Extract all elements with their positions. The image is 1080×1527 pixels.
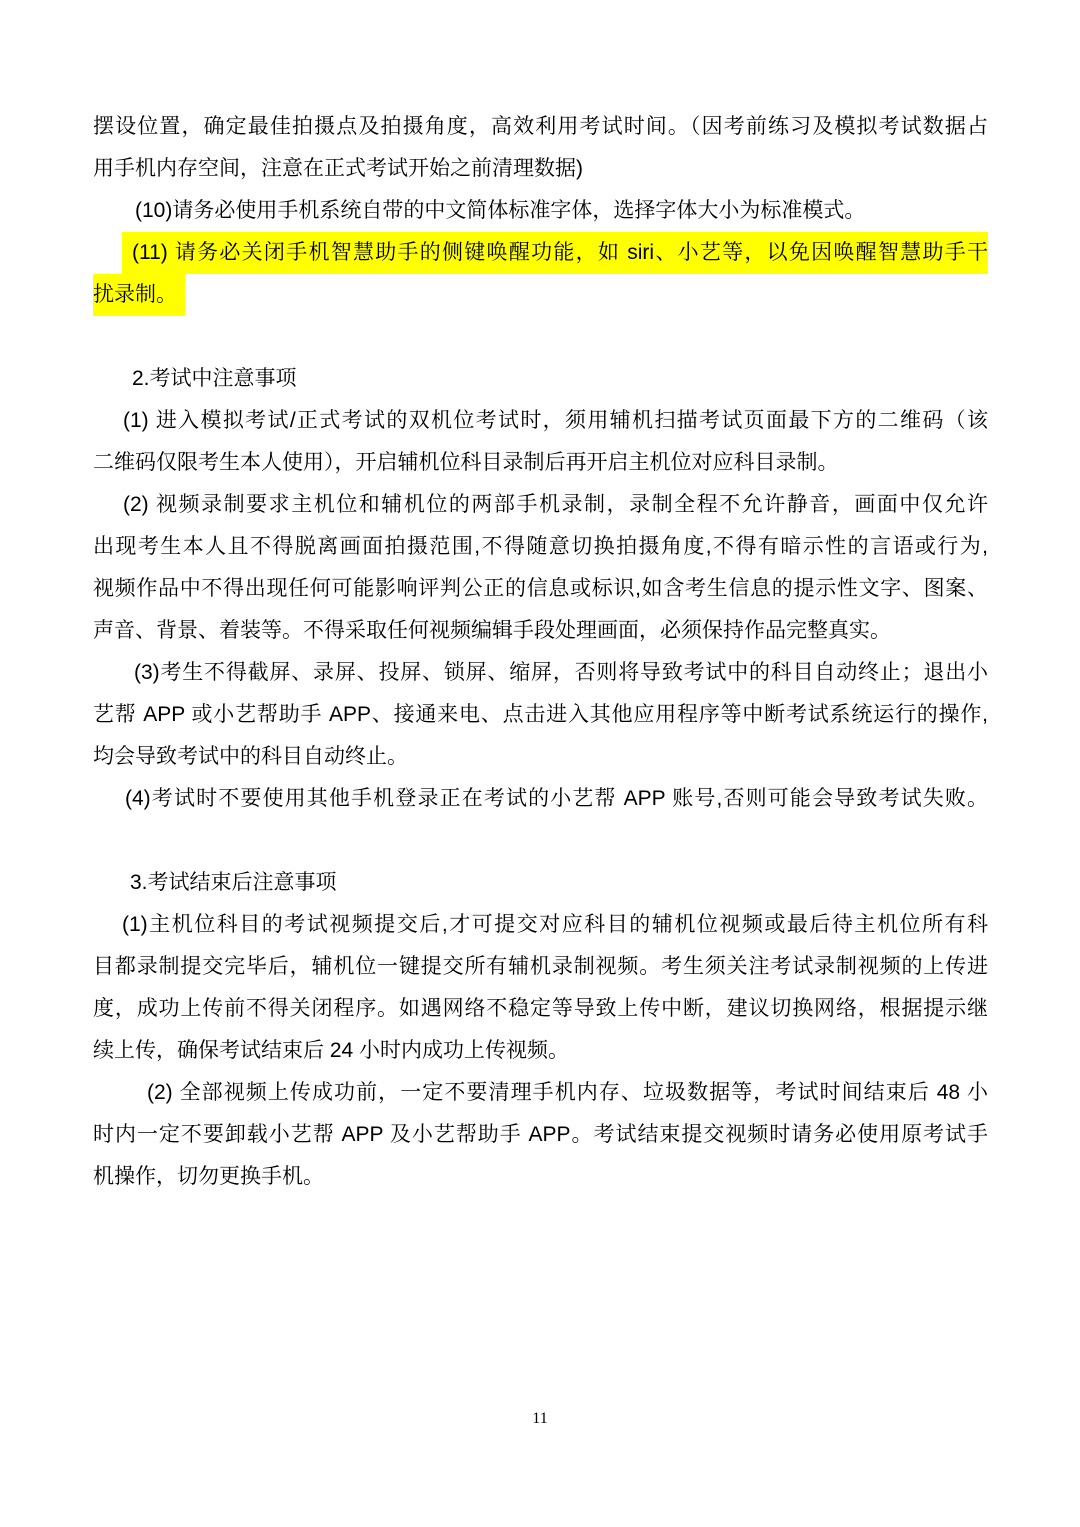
para-camera-setup-continuation: 摆设位置，确定最佳拍摄点及拍摄角度，高效利用考试时间。（因考前练习及模拟考试数据…	[93, 106, 988, 190]
blank-line	[93, 820, 988, 862]
para-during-3: (3)考生不得截屏、录屏、投屏、锁屏、缩屏，否则将导致考试中的科目自动终止；退出…	[93, 652, 988, 778]
text-line: 摆设位置，确定最佳拍摄点及拍摄角度，高效利用考试时间。（因考前练习及模拟考试数据…	[93, 106, 988, 148]
para-item-10: (10)请务必使用手机系统自带的中文简体标准字体，选择字体大小为标准模式。	[93, 190, 988, 232]
highlighted-text: 扰录制。	[93, 274, 185, 316]
para-during-4: (4)考试时不要使用其他手机登录正在考试的小艺帮 APP 账号,否则可能会导致考…	[93, 778, 988, 820]
text-line: 声音、背景、着装等。不得采取任何视频编辑手段处理画面，必须保持作品完整真实。	[93, 610, 988, 652]
text-line: 度，成功上传前不得关闭程序。如遇网络不稳定等导致上传中断，建议切换网络，根据提示…	[93, 988, 988, 1030]
text-line: 目都录制提交完毕后，辅机位一键提交所有辅机录制视频。考生须关注考试录制视频的上传…	[93, 946, 988, 988]
heading-after-exam-notes: 3.考试结束后注意事项	[93, 862, 988, 904]
text-line: 出现考生本人且不得脱离画面拍摄范围,不得随意切换拍摄角度,不得有暗示性的言语或行…	[93, 526, 988, 568]
text-line: 续上传，确保考试结束后 24 小时内成功上传视频。	[93, 1030, 988, 1072]
heading-line: 2.考试中注意事项	[93, 358, 988, 400]
text-line: 二维码仅限考生本人使用），开启辅机位科目录制后再开启主机位对应科目录制。	[93, 442, 988, 484]
text-line: (1) 进入模拟考试/正式考试的双机位考试时，须用辅机扫描考试页面最下方的二维码…	[93, 400, 988, 442]
text-line: (10)请务必使用手机系统自带的中文简体标准字体，选择字体大小为标准模式。	[93, 190, 988, 232]
para-during-2: (2) 视频录制要求主机位和辅机位的两部手机录制，录制全程不允许静音，画面中仅允…	[93, 484, 988, 652]
heading-line: 3.考试结束后注意事项	[93, 862, 988, 904]
text-line: 扰录制。	[93, 274, 988, 316]
document-body: 摆设位置，确定最佳拍摄点及拍摄角度，高效利用考试时间。（因考前练习及模拟考试数据…	[93, 106, 988, 1198]
text-line: 用手机内存空间，注意在正式考试开始之前清理数据)	[93, 148, 988, 190]
para-during-1: (1) 进入模拟考试/正式考试的双机位考试时，须用辅机扫描考试页面最下方的二维码…	[93, 400, 988, 484]
para-item-11-highlighted: (11) 请务必关闭手机智慧助手的侧键唤醒功能，如 siri、小艺等，以免因唤醒…	[93, 232, 988, 316]
text-line: 均会导致考试中的科目自动终止。	[93, 736, 988, 778]
text-line: 视频作品中不得出现任何可能影响评判公正的信息或标识,如含考生信息的提示性文字、图…	[93, 568, 988, 610]
page-number: 11	[0, 1410, 1080, 1428]
text-line: (11) 请务必关闭手机智慧助手的侧键唤醒功能，如 siri、小艺等，以免因唤醒…	[122, 232, 988, 274]
document-page: 摆设位置，确定最佳拍摄点及拍摄角度，高效利用考试时间。（因考前练习及模拟考试数据…	[0, 0, 1080, 1527]
heading-during-exam-notes: 2.考试中注意事项	[93, 358, 988, 400]
text-line: (3)考生不得截屏、录屏、投屏、锁屏、缩屏，否则将导致考试中的科目自动终止；退出…	[93, 652, 988, 694]
para-after-1: (1)主机位科目的考试视频提交后,才可提交对应科目的辅机位视频或最后待主机位所有…	[93, 904, 988, 1072]
text-line: (2) 全部视频上传成功前，一定不要清理手机内存、垃圾数据等，考试时间结束后 4…	[93, 1072, 988, 1114]
text-line: (2) 视频录制要求主机位和辅机位的两部手机录制，录制全程不允许静音，画面中仅允…	[93, 484, 988, 526]
text-line: 艺帮 APP 或小艺帮助手 APP、接通来电、点击进入其他应用程序等中断考试系统…	[93, 694, 988, 736]
text-line: (1)主机位科目的考试视频提交后,才可提交对应科目的辅机位视频或最后待主机位所有…	[93, 904, 988, 946]
para-after-2: (2) 全部视频上传成功前，一定不要清理手机内存、垃圾数据等，考试时间结束后 4…	[93, 1072, 988, 1198]
text-line: (4)考试时不要使用其他手机登录正在考试的小艺帮 APP 账号,否则可能会导致考…	[93, 778, 988, 820]
text-line: 机操作，切勿更换手机。	[93, 1156, 988, 1198]
text-line: 时内一定不要卸载小艺帮 APP 及小艺帮助手 APP。考试结束提交视频时请务必使…	[93, 1114, 988, 1156]
blank-line	[93, 316, 988, 358]
